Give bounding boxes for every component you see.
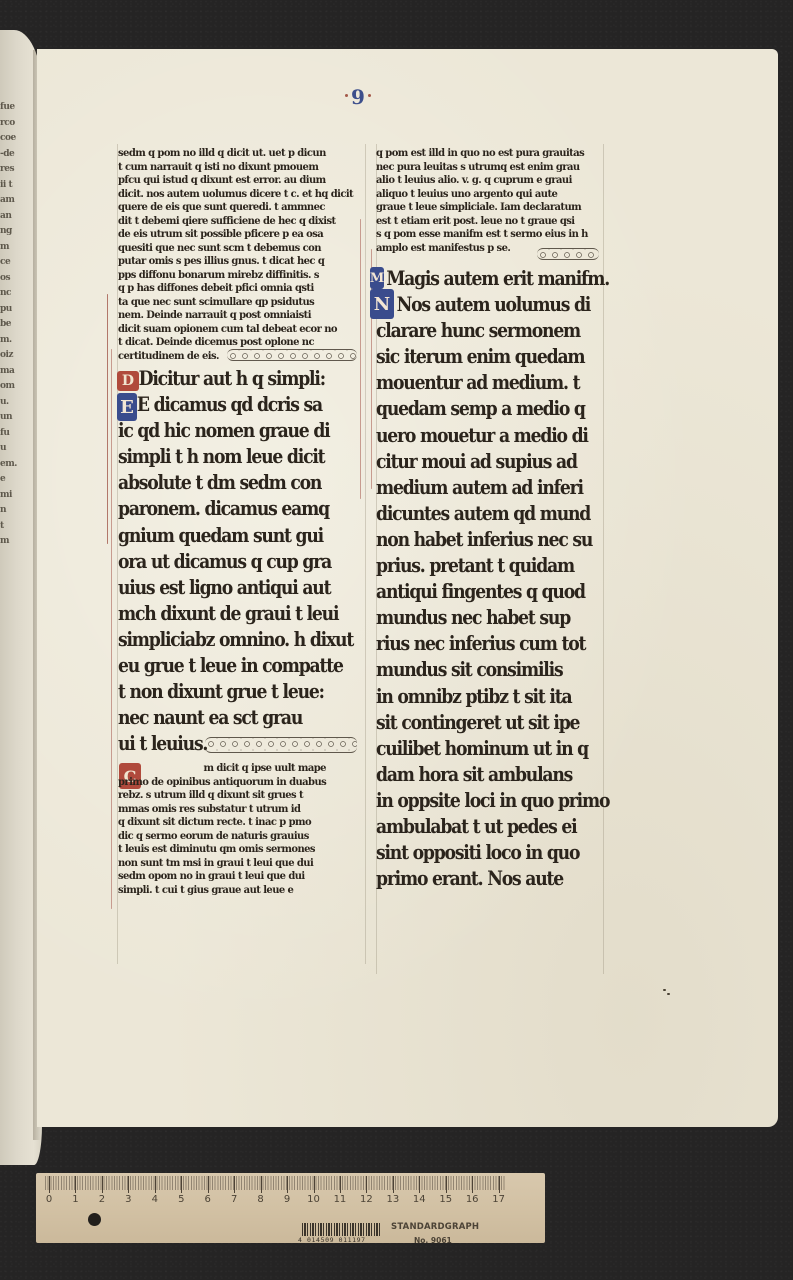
text-line: rebz. s utrum illd q dixunt sit grues t [118, 789, 352, 803]
ruler-major-tick [208, 1176, 209, 1193]
ruler-label: 5 [178, 1194, 184, 1205]
text-line: ora ut dicamus q cup gra [118, 548, 330, 574]
marginal-mark [663, 989, 666, 991]
ruler-label: 9 [284, 1194, 290, 1205]
text-line: in omnibz ptibz t sit ita [376, 683, 588, 709]
ruler-ticks [45, 1176, 505, 1190]
text-line: est t etiam erit post. leue no t graue q… [376, 215, 610, 229]
text-line: E dicamus qd dcris sa [118, 391, 330, 417]
text-line: t dicat. Deinde dicemus post oplone nc [118, 336, 352, 350]
ruler-label: 12 [360, 1194, 373, 1205]
text-line: gnium quedam sunt gui [118, 522, 330, 548]
text-line: prius. pretant t quidam [376, 552, 588, 578]
ruler-major-tick [128, 1176, 129, 1193]
ruler-label: 15 [439, 1194, 452, 1205]
ruler-label: 14 [413, 1194, 426, 1205]
text-line: mmas omis res substatur t utrum id [118, 803, 352, 817]
marginal-mark [667, 993, 670, 995]
ruler-brand: STANDARDGRAPH [391, 1222, 479, 1232]
text-line: medium autem ad inferi [376, 474, 588, 500]
text-line: dicuntes autem qd mund [376, 500, 588, 526]
ruler-label: 11 [334, 1194, 347, 1205]
text-line: absolute t dm sedm con [118, 469, 330, 495]
text-line: sedm q pom no illd q dicit ut. uet p dic… [118, 147, 352, 161]
text-line: mundus nec habet sup [376, 604, 588, 630]
line-filler-ornament [227, 349, 357, 361]
folio-number: 9 [343, 86, 373, 108]
column-a-main-text: Dicitur aut h q simpli:E dicamus qd dcri… [118, 365, 364, 756]
previous-leaf-text: fue rco coe -de res ii t am an ng m ce o… [0, 100, 26, 550]
ruler-hole [88, 1213, 101, 1226]
text-line: ta que nec sunt scimullare qp psidutus [118, 296, 352, 310]
text-line: eu grue t leue in compatte [118, 652, 330, 678]
text-line: dic q sermo eorum de naturis grauius [118, 830, 352, 844]
text-line: primo de opinibus antiquorum in duabus [118, 776, 352, 790]
ruler-label: 13 [386, 1194, 399, 1205]
line-filler-ornament [537, 248, 599, 260]
text-line: nec naunt ea sct grau [118, 704, 330, 730]
text-line: non habet inferius nec su [376, 526, 588, 552]
text-line: alio t leuius alio. v. g. q cuprum e gra… [376, 174, 610, 188]
ruler-major-tick [393, 1176, 394, 1193]
text-line: s q pom esse manifm est t sermo eius in … [376, 228, 610, 242]
ruler-major-tick [49, 1176, 50, 1193]
text-line: graue t leue simpliciale. Iam declaratum [376, 201, 610, 215]
text-line: t cum narrauit q isti no dixunt pmouem [118, 161, 352, 175]
text-line: rius nec inferius cum tot [376, 630, 588, 656]
text-line: mouentur ad medium. t [376, 369, 588, 395]
text-line: de eis utrum sit possible pficere p ea o… [118, 228, 352, 242]
ruling-line [365, 144, 366, 964]
text-line: uius est ligno antiqui aut [118, 574, 330, 600]
text-line: dit t debemi qiere sufficiene de hec q d… [118, 215, 352, 229]
text-line: mundus sit consimilis [376, 656, 588, 682]
pen-flourish [111, 349, 112, 909]
ruler-label: 2 [99, 1194, 105, 1205]
barcode-digits: 4 014509 011197 [298, 1236, 366, 1244]
text-line: aliquo t leuius uno argento qui aute [376, 188, 610, 202]
manuscript-folio: 9 sedm q pom no illd q dicit ut. uet p d… [37, 49, 778, 1127]
barcode [302, 1223, 380, 1236]
text-line: putar omis s pes illius gnus. t dicat he… [118, 255, 352, 269]
text-line: uero mouetur a medio di [376, 422, 588, 448]
column-b-main-text: Magis autem erit manifm.Nos autem uolumu… [376, 265, 622, 891]
ruler-model: No. 9061 [414, 1236, 452, 1245]
text-line: quere de eis que sunt queredi. t ammnec [118, 201, 352, 215]
text-line: cuilibet hominum ut in q [376, 735, 588, 761]
text-line: clarare hunc sermonem [376, 317, 588, 343]
ruler-major-tick [287, 1176, 288, 1193]
text-line: sint oppositi loco in quo [376, 839, 588, 865]
text-line: sic iterum enim quedam [376, 343, 588, 369]
ruler-label: 10 [307, 1194, 320, 1205]
text-line: paronem. dicamus eamq [118, 495, 330, 521]
text-line: Nos autem uolumus di [376, 291, 588, 317]
text-line: non sunt tm msi in graui t leui que dui [118, 857, 352, 871]
ruler-major-tick [102, 1176, 103, 1193]
ruler-major-tick [419, 1176, 420, 1193]
ruler-label: 3 [125, 1194, 131, 1205]
text-line: mch dixunt de graui t leui [118, 600, 330, 626]
text-line: primo erant. Nos aute [376, 865, 588, 891]
text-line: ambulabat t ut pedes ei [376, 813, 588, 839]
ruler-label: 0 [46, 1194, 52, 1205]
text-line: pfcu qui istud q dixunt est error. au di… [118, 174, 352, 188]
text-line: simpliciabz omnino. h dixut [118, 626, 330, 652]
column-a-bottom-text: m dicit q ipse uult mapeprimo de opinibu… [118, 762, 364, 897]
text-line: antiqui fingentes q quod [376, 578, 588, 604]
ruler-major-tick [181, 1176, 182, 1193]
ruler-major-tick [472, 1176, 473, 1193]
ruler-major-tick [234, 1176, 235, 1193]
ruler-major-tick [261, 1176, 262, 1193]
text-line: Magis autem erit manifm. [376, 265, 588, 291]
ruler-major-tick [499, 1176, 500, 1193]
ruler-label: 4 [152, 1194, 158, 1205]
ruler-label: 17 [492, 1194, 505, 1205]
text-line: sedm opom no in graui t leui que dui [118, 870, 352, 884]
ruler-major-tick [340, 1176, 341, 1193]
text-line: dicit. nos autem uolumus dicere t c. et … [118, 188, 352, 202]
ruler-label: 1 [72, 1194, 78, 1205]
text-line: dam hora sit ambulans [376, 761, 588, 787]
column-b-top-text: q pom est illd in quo no est pura grauit… [376, 147, 622, 255]
text-line: in oppsite loci in quo primo [376, 787, 588, 813]
ruler-major-tick [155, 1176, 156, 1193]
pen-flourish [107, 294, 108, 544]
ruler-label: 6 [205, 1194, 211, 1205]
text-line: Dicitur aut h q simpli: [118, 365, 330, 391]
text-line: q dixunt sit dictum recte. t inac p pmo [118, 816, 352, 830]
text-line: nec pura leuitas s utrumq est enim grau [376, 161, 610, 175]
text-line: t leuis est diminutu qm omis sermones [118, 843, 352, 857]
ruler-major-tick [446, 1176, 447, 1193]
text-line: sit contingeret ut sit ipe [376, 709, 588, 735]
text-line: q pom est illd in quo no est pura grauit… [376, 147, 610, 161]
ruler-label: 16 [466, 1194, 479, 1205]
text-line: nem. Deinde narrauit q post omniaisti [118, 309, 352, 323]
text-line: quesiti que nec sunt scm t debemus con [118, 242, 352, 256]
text-line: dicit suam opionem cum tal debeat ecor n… [118, 323, 352, 337]
ruler-major-tick [314, 1176, 315, 1193]
ruler-major-tick [366, 1176, 367, 1193]
text-line: simpli. t cui t gius graue aut leue e [118, 884, 352, 898]
ruler-major-tick [75, 1176, 76, 1193]
scale-ruler: 4 014509 011197 STANDARDGRAPH No. 9061 0… [36, 1173, 545, 1243]
column-a-top-text: sedm q pom no illd q dicit ut. uet p dic… [118, 147, 364, 363]
ruler-label: 7 [231, 1194, 237, 1205]
text-line: t non dixunt grue t leue: [118, 678, 330, 704]
text-line: q p has diffones debeit pfici omnia qsti [118, 282, 352, 296]
text-line: pps diffonu bonarum mirebz diffinitis. s [118, 269, 352, 283]
text-line: quedam semp a medio q [376, 395, 588, 421]
text-line: ic qd hic nomen graue di [118, 417, 330, 443]
text-line: simpli t h nom leue dicit [118, 443, 330, 469]
line-filler-ornament [205, 737, 357, 753]
text-line: m dicit q ipse uult mape [118, 762, 352, 776]
text-line: citur moui ad supius ad [376, 448, 588, 474]
ruler-label: 8 [257, 1194, 263, 1205]
